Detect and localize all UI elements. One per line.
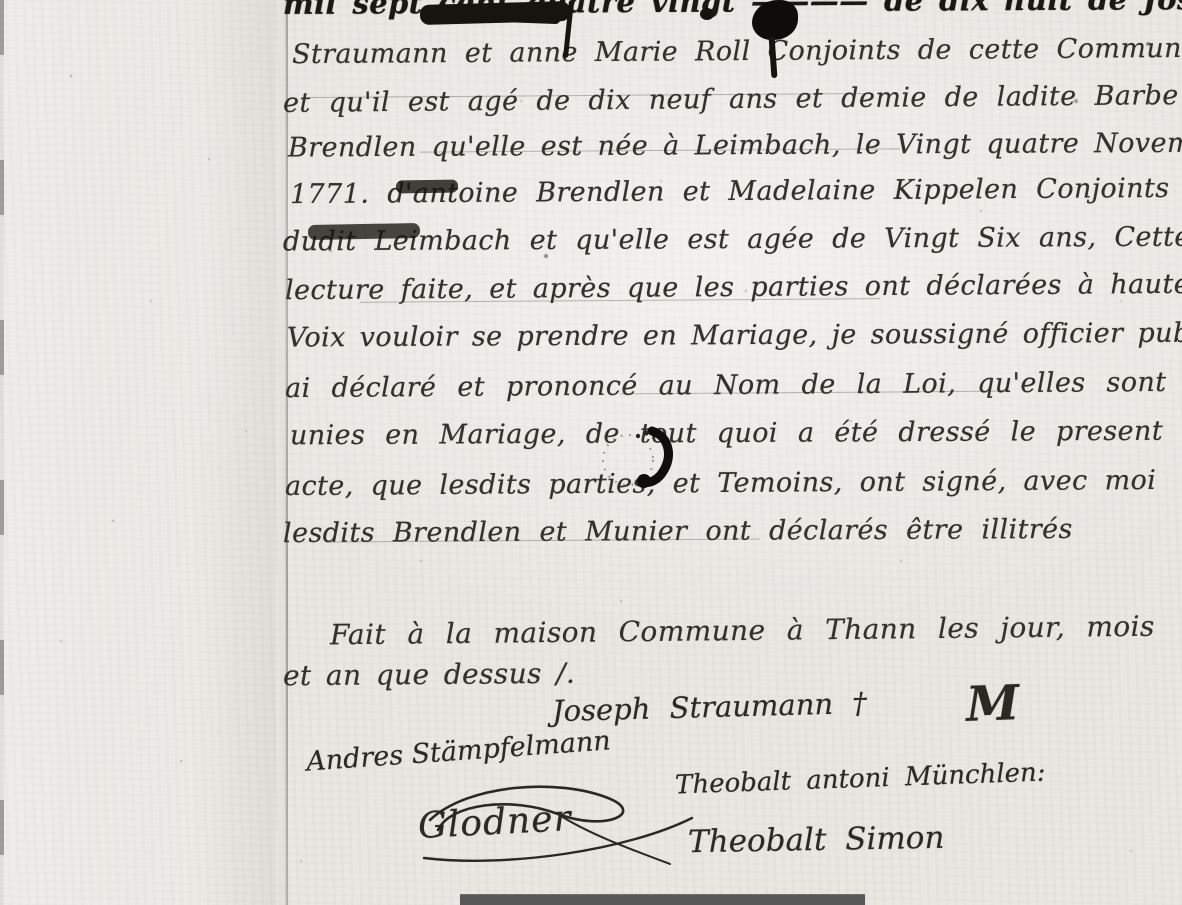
fold-crease-highlight <box>276 0 285 905</box>
signature-theobalt-simon: Theobalt Simon <box>688 820 945 860</box>
manuscript-line-8: Voix vouloir se prendre en Mariage, je s… <box>287 318 1182 354</box>
manuscript-line-12: lesdits Brendlen et Munier ont déclarés … <box>283 514 1073 549</box>
manuscript-line-10: unies en Mariage, de tout quoi a été dre… <box>290 416 1163 452</box>
manuscript-line-4: Brendlen qu'elle est née à Leimbach, le … <box>288 128 1182 164</box>
manuscript-line-3: et qu'il est agé de dix neuf ans et demi… <box>283 80 1179 119</box>
signature-paraph-m: M <box>965 675 1020 733</box>
paper-left-margin <box>0 0 286 905</box>
signature-flourish <box>408 772 708 872</box>
manuscript-line-13: Fait à la maison Commune à Thann les jou… <box>330 610 1155 652</box>
signature-theobalt-antoni-muenchlen: Theobalt antoni Münchlen: <box>675 758 1046 801</box>
ink-blot-small <box>700 8 714 20</box>
ink-overwrite <box>396 179 458 193</box>
scan-left-edge <box>0 0 4 905</box>
signature-andres-staempfelmann: Andres Stämpfelmann <box>305 725 611 777</box>
manuscript-line-14: et an que dessus /. <box>283 657 576 693</box>
signature-joseph-straumann: Joseph Straumann † <box>552 686 868 728</box>
scan-artifact-bar <box>460 894 865 905</box>
manuscript-line-11: acte, que lesdits parties, et Temoins, o… <box>285 465 1156 502</box>
manuscript-line-2: Straumann et anne Marie Roll Conjoints d… <box>292 33 1182 70</box>
scanned-manuscript-page: mil sept cent quatre vingt ———— de dix h… <box>0 0 1182 905</box>
ink-blot-large <box>752 0 798 40</box>
paper-speckles <box>0 0 2 2</box>
ink-overwrite <box>308 223 420 240</box>
manuscript-line-9: ai déclaré et prononcé au Nom de la Loi,… <box>285 367 1167 404</box>
manuscript-line-1: mil sept cent quatre vingt ———— de dix h… <box>283 0 1182 21</box>
ink-blot-crescent <box>598 424 694 498</box>
